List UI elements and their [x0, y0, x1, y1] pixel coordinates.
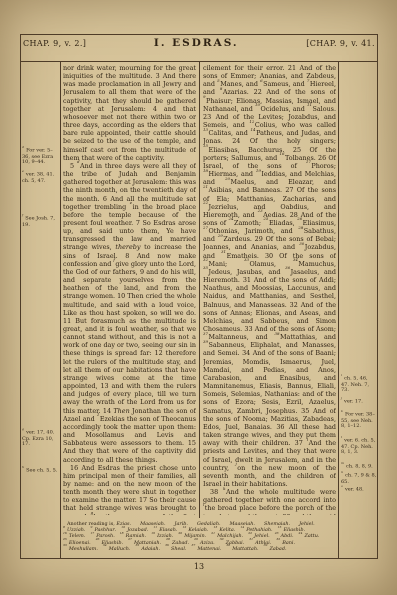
footnote-item: 37 Mattenai.: [191, 546, 221, 552]
margin-note: l ver. 6. ch. 5, 47. Cp. Neh. 8, 1, 3.: [341, 438, 377, 456]
margin-note: k For ver. 38–55, see Neh. 8, 1–12.: [341, 412, 377, 430]
rule-top: [20, 34, 378, 35]
paragraph: nor drink water, mourning for the great …: [63, 64, 196, 162]
footnote-item: 36 Sheal.: [165, 546, 186, 552]
paragraph: 16 And Esdras the priest chose unto him …: [63, 464, 196, 515]
paragraph: 5 dAnd in three days were all they of th…: [63, 162, 196, 464]
footnote-item: 24 Zattu.: [299, 533, 320, 539]
margin-note: h See ch. 5, 5.: [22, 468, 58, 475]
margin-note: o ver. 48.: [341, 487, 377, 494]
right-text-column: cilement for their error. 21 And of the …: [203, 64, 336, 515]
footnote-item: 33 Meshullam.: [63, 546, 98, 552]
footnote-item: 38 Mattattah.: [226, 546, 258, 552]
header-left-chapter: CHAP. 9, v. 2.]: [20, 39, 89, 48]
rule-inner-left: [60, 61, 61, 558]
running-head: CHAP. 9, v. 2.] I. ESDRAS. [CHAP. 9, v. …: [20, 37, 378, 49]
rule-outer-right: [377, 34, 378, 558]
header-right-chapter: [CHAP. 9, v. 41.: [303, 39, 378, 48]
margin-note: f See Josh. 7, 19.: [22, 216, 58, 228]
page-title: I. ESDRAS.: [154, 37, 239, 49]
rule-outer-left: [20, 34, 21, 558]
rule-column-divider: [199, 61, 200, 518]
page-number: 13: [20, 562, 378, 571]
rule-inner-right: [338, 61, 339, 558]
footnote-item: 34 Malluch.: [103, 546, 131, 552]
rule-bottom: [20, 558, 378, 559]
margin-note: n ch. 7, 9 & 8, 65.: [341, 473, 377, 485]
margin-note: d For ver. 5–36, see Ezra 10, 9–44.: [22, 148, 58, 166]
footnote-item: 39 Zabad.: [264, 546, 287, 552]
paragraph: cilement for their error. 21 And of the …: [203, 64, 336, 488]
paragraph: 38 kAnd the whole multitude were gathere…: [203, 488, 336, 515]
book-page: CHAP. 9, v. 2.] I. ESDRAS. [CHAP. 9, v. …: [0, 0, 397, 595]
margin-note: j ver. 17.: [341, 399, 377, 406]
margin-note: g ver. 17, 40. Cp. Ezra 10, 17.: [22, 430, 58, 448]
margin-note: m ch. 8, 8, 9.: [341, 464, 377, 471]
footnotes-block: 1 Another reading is, Ezias.2 Maaseiah.3…: [63, 521, 336, 557]
margin-note: e ver. 38, 41. ch. 5, 47.: [22, 172, 58, 184]
margin-note: i ch. 5, 46, 47. Neh. 7, 73.: [341, 376, 377, 394]
footnote-item: 35 Adaiah.: [135, 546, 160, 552]
left-text-column: nor drink water, mourning for the great …: [63, 64, 196, 515]
